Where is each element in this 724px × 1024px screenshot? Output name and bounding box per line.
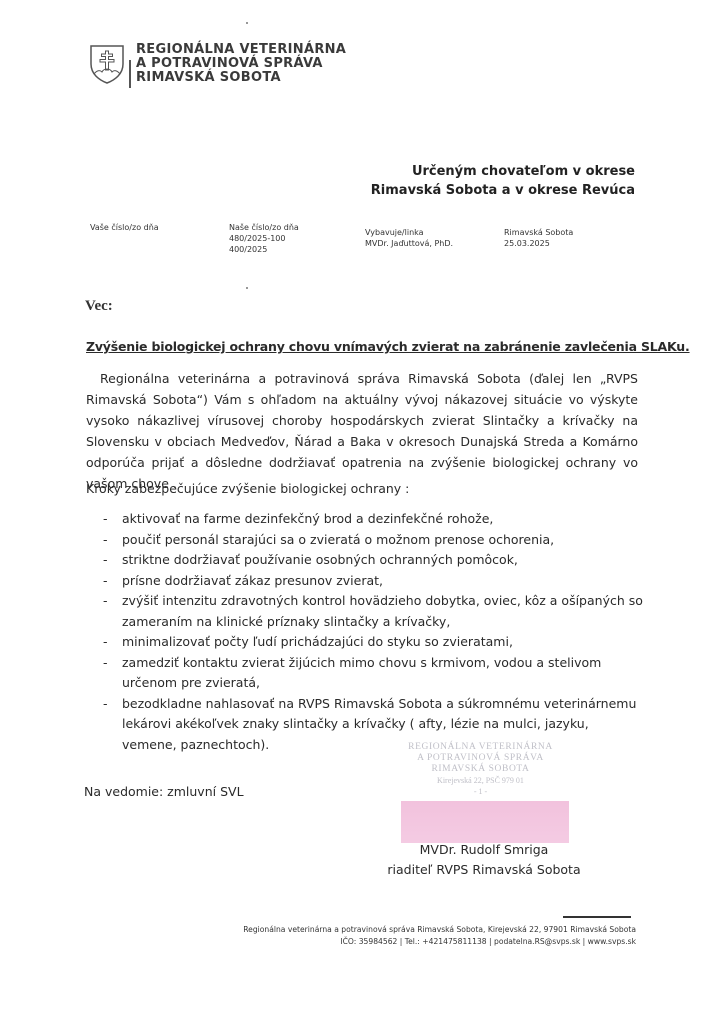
organization-name: REGIONÁLNA VETERINÁRNA A POTRAVINOVÁ SPR… — [136, 43, 346, 85]
subject-label: Vec: — [85, 298, 113, 315]
footer-rule — [563, 916, 631, 918]
list-item-text: zamedziť kontaktu zvierat žijúcich mimo … — [122, 655, 601, 691]
list-item-text: zvýšiť intenzitu zdravotných kontrol hov… — [122, 593, 643, 629]
stamp-number: - 1 - — [388, 786, 573, 797]
intro-paragraph: Regionálna veterinárna a potravinová spr… — [86, 368, 638, 494]
list-item: -striktne dodržiavať používanie osobných… — [103, 550, 643, 571]
list-item-text: prísne dodržiavať zákaz presunov zvierat… — [122, 573, 383, 588]
your-reference-label: Vaše číslo/zo dňa — [90, 222, 159, 233]
scan-speck — [246, 287, 248, 289]
bullet-dash: - — [103, 571, 108, 592]
stamp-line: RIMAVSKÁ SOBOTA — [388, 764, 573, 775]
official-stamp: REGIONÁLNA VETERINÁRNA A POTRAVINOVÁ SPR… — [388, 742, 573, 797]
our-reference-label: Naše číslo/zo dňa — [229, 222, 299, 233]
list-item: -zvýšiť intenzitu zdravotných kontrol ho… — [103, 591, 643, 632]
date: 25.03.2025 — [504, 238, 573, 249]
bullet-dash: - — [103, 653, 108, 674]
bullet-dash: - — [103, 509, 108, 530]
signature-block: MVDr. Rudolf Smriga riaditeľ RVPS Rimavs… — [367, 840, 601, 880]
slovak-coat-of-arms-icon — [89, 44, 125, 84]
list-item-text: minimalizovať počty ľudí prichádzajúci d… — [122, 634, 513, 649]
bullet-dash: - — [103, 530, 108, 551]
list-item-text: striktne dodržiavať používanie osobných … — [122, 552, 518, 567]
recipient-line: Určeným chovateľom v okrese — [371, 162, 635, 181]
handled-by-label: Vybavuje/linka — [365, 227, 453, 238]
place-date: Rimavská Sobota 25.03.2025 — [504, 227, 573, 249]
list-item: -prísne dodržiavať zákaz presunov zviera… — [103, 571, 643, 592]
our-reference-value: 480/2025-100 — [229, 233, 299, 244]
our-reference-value: 400/2025 — [229, 244, 299, 255]
our-reference: Naše číslo/zo dňa 480/2025-100 400/2025 — [229, 222, 299, 255]
stamp-line: REGIONÁLNA VETERINÁRNA — [388, 742, 573, 753]
signatory-name: MVDr. Rudolf Smriga — [367, 840, 601, 860]
stamp-line: A POTRAVINOVÁ SPRÁVA — [388, 753, 573, 764]
logo-divider — [129, 60, 131, 88]
signatory-role: riaditeľ RVPS Rimavská Sobota — [367, 860, 601, 880]
bullet-dash: - — [103, 632, 108, 653]
recipient-line: Rimavská Sobota a v okrese Revúca — [371, 181, 635, 200]
organization-line: RIMAVSKÁ SOBOTA — [136, 71, 346, 85]
handled-by: Vybavuje/linka MVDr. Jaďuttová, PhD. — [365, 227, 453, 249]
steps-list: -aktivovať na farme dezinfekčný brod a d… — [103, 509, 643, 755]
steps-title: Kroky zabezpečujúce zvýšenie biologickej… — [86, 481, 409, 496]
your-reference: Vaše číslo/zo dňa — [90, 222, 159, 233]
list-item: -minimalizovať počty ľudí prichádzajúci … — [103, 632, 643, 653]
list-item: -aktivovať na farme dezinfekčný brod a d… — [103, 509, 643, 530]
place: Rimavská Sobota — [504, 227, 573, 238]
carbon-copy: Na vedomie: zmluvní SVL — [84, 784, 244, 799]
bullet-dash: - — [103, 550, 108, 571]
list-item-text: poučiť personál starajúci sa o zvieratá … — [122, 532, 554, 547]
organization-line: A POTRAVINOVÁ SPRÁVA — [136, 57, 346, 71]
footer: Regionálna veterinárna a potravinová spr… — [243, 924, 636, 948]
footer-contacts: IČO: 35984562 | Tel.: +421475811138 | po… — [243, 936, 636, 948]
list-item: -poučiť personál starajúci sa o zvieratá… — [103, 530, 643, 551]
recipient-block: Určeným chovateľom v okrese Rimavská Sob… — [371, 162, 635, 200]
subject-title: Zvýšenie biologickej ochrany chovu vníma… — [86, 339, 690, 354]
bullet-dash: - — [103, 694, 108, 715]
bullet-dash: - — [103, 591, 108, 612]
signature-redaction — [401, 801, 569, 843]
stamp-address: Kirejevská 22, PSČ 979 01 — [388, 775, 573, 786]
list-item: -zamedziť kontaktu zvierat žijúcich mimo… — [103, 653, 643, 694]
handled-by-value: MVDr. Jaďuttová, PhD. — [365, 238, 453, 249]
footer-address: Regionálna veterinárna a potravinová spr… — [243, 924, 636, 936]
organization-line: REGIONÁLNA VETERINÁRNA — [136, 43, 346, 57]
list-item-text: aktivovať na farme dezinfekčný brod a de… — [122, 511, 493, 526]
scan-speck — [246, 22, 248, 24]
